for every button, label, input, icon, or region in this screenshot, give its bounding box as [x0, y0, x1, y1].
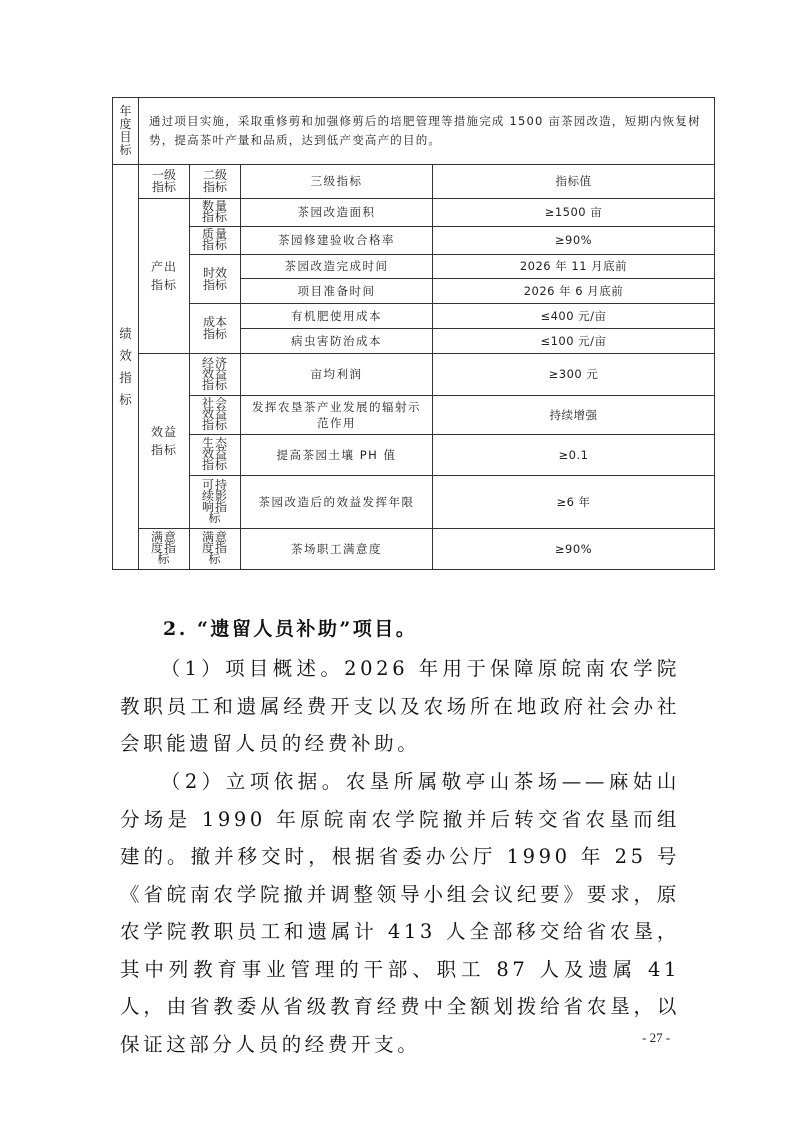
- level3-cell: 茶园改造后的效益发挥年限: [241, 476, 433, 529]
- page-number: - 27 -: [642, 1030, 670, 1046]
- value-cell: ≤400 元/亩: [433, 304, 715, 329]
- table-row: 生态效益指标 提高茶园土壤 PH 值 ≥0.1: [113, 435, 715, 476]
- value-cell: ≥0.1: [433, 435, 715, 476]
- table-row: 效益指标 经济效益指标 亩均利润 ≥300 元: [113, 354, 715, 396]
- table-row: 产出指标 数量指标 茶园改造面积 ≥1500 亩: [113, 199, 715, 227]
- level3-cell: 茶场职工满意度: [241, 529, 433, 570]
- value-cell: ≥90%: [433, 227, 715, 255]
- level2-cell: 数量指标: [190, 199, 241, 227]
- header-value: 指标值: [433, 165, 715, 199]
- value-cell: ≥300 元: [433, 354, 715, 396]
- level3-cell: 提高茶园土壤 PH 值: [241, 435, 433, 476]
- level3-cell: 病虫害防治成本: [241, 329, 433, 354]
- level3-cell: 项目准备时间: [241, 279, 433, 304]
- annual-goal-label: 年度目标: [113, 98, 139, 165]
- header-level3: 三级指标: [241, 165, 433, 199]
- table-row: 质量指标 茶园修建验收合格率 ≥90%: [113, 227, 715, 255]
- level2-cell: 满意度指标: [190, 529, 241, 570]
- value-cell: ≥1500 亩: [433, 199, 715, 227]
- table-row: 时效指标 茶园改造完成时间 2026 年 11 月底前: [113, 255, 715, 279]
- value-cell: ≤100 元/亩: [433, 329, 715, 354]
- level1-benefit: 效益指标: [139, 354, 190, 529]
- header-level1: 一级指标: [139, 165, 190, 199]
- level1-output: 产出指标: [139, 199, 190, 354]
- level3-cell: 有机肥使用成本: [241, 304, 433, 329]
- header-level2: 二级指标: [190, 165, 241, 199]
- paragraph-basis: （2）立项依据。农垦所属敬亭山茶场——麻姑山分场是 1990 年原皖南农学院撤并…: [120, 763, 680, 1063]
- level2-cell: 可持续影响指标: [190, 476, 241, 529]
- level2-cell: 社会效益指标: [190, 396, 241, 435]
- level2-cell: 质量指标: [190, 227, 241, 255]
- value-cell: 2026 年 11 月底前: [433, 255, 715, 279]
- annual-goal-text: 通过项目实施，采取重修剪和加强修剪后的培肥管理等措施完成 1500 亩茶园改造，…: [139, 98, 715, 165]
- level3-cell: 茶园改造面积: [241, 199, 433, 227]
- level3-cell: 发挥农垦茶产业发展的辐射示范作用: [241, 396, 433, 435]
- level3-cell: 亩均利润: [241, 354, 433, 396]
- level1-satisfaction: 满意度指标: [139, 529, 190, 570]
- level2-cell: 生态效益指标: [190, 435, 241, 476]
- value-cell: ≥6 年: [433, 476, 715, 529]
- value-cell: 2026 年 6 月底前: [433, 279, 715, 304]
- level3-cell: 茶园改造完成时间: [241, 255, 433, 279]
- paragraph-overview: （1）项目概述。2026 年用于保障原皖南农学院教职员工和遗属经费开支以及农场所…: [120, 650, 680, 763]
- value-cell: ≥90%: [433, 529, 715, 570]
- table-row: 社会效益指标 发挥农垦茶产业发展的辐射示范作用 持续增强: [113, 396, 715, 435]
- level2-cell: 经济效益指标: [190, 354, 241, 396]
- table-row: 可持续影响指标 茶园改造后的效益发挥年限 ≥6 年: [113, 476, 715, 529]
- performance-label: 绩效指标: [113, 165, 139, 570]
- table-row: 成本指标 有机肥使用成本 ≤400 元/亩: [113, 304, 715, 329]
- performance-goal-table: 年度目标 通过项目实施，采取重修剪和加强修剪后的培肥管理等措施完成 1500 亩…: [112, 97, 715, 570]
- header-row: 绩效指标 一级指标 二级指标 三级指标 指标值: [113, 165, 715, 199]
- level2-cell: 成本指标: [190, 304, 241, 354]
- section-heading: 2. “遗留人员补助”项目。: [163, 614, 417, 641]
- table-row: 满意度指标 满意度指标 茶场职工满意度 ≥90%: [113, 529, 715, 570]
- annual-goal-row: 年度目标 通过项目实施，采取重修剪和加强修剪后的培肥管理等措施完成 1500 亩…: [113, 98, 715, 165]
- level2-cell: 时效指标: [190, 255, 241, 304]
- level3-cell: 茶园修建验收合格率: [241, 227, 433, 255]
- value-cell: 持续增强: [433, 396, 715, 435]
